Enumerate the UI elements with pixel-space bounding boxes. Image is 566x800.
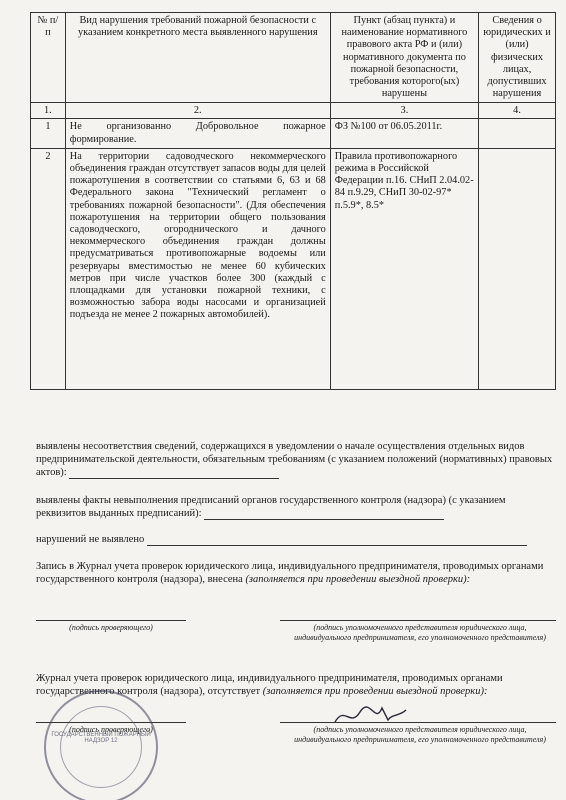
violations-table: № п/п Вид нарушения требований пожарной … xyxy=(30,12,556,390)
row-violation: Не организованно Добровольное пожарное ф… xyxy=(65,119,330,148)
table-row: 2 На территории садоводческого некоммерч… xyxy=(31,148,556,389)
inspector-signature-line xyxy=(36,620,186,621)
inspector-signature-label: (подпись проверяющего) xyxy=(36,623,186,633)
document-page: № п/п Вид нарушения требований пожарной … xyxy=(0,0,566,800)
table-header-row: № п/п Вид нарушения требований пожарной … xyxy=(31,13,556,103)
row-norm: ФЗ №100 от 06.05.2011г. xyxy=(330,119,478,148)
row-persons xyxy=(479,119,556,148)
column-number: 4. xyxy=(479,103,556,119)
no-violations-text: нарушений не выявлено xyxy=(36,534,144,545)
representative-signature-line xyxy=(280,620,556,621)
header-norm: Пункт (абзац пункта) и наименование норм… xyxy=(330,13,478,103)
row-num: 2 xyxy=(31,148,66,389)
official-stamp: ГОСУДАРСТВЕННЫЙ ПОЖАРНЫЙ НАДЗОР 12 xyxy=(44,690,158,800)
notification-mismatch-section: выявлены несоответствия сведений, содерж… xyxy=(36,440,556,479)
journal-entry-section: Запись в Журнал учета проверок юридическ… xyxy=(36,560,556,586)
orders-unfulfilled-line xyxy=(204,519,444,520)
row-norm: Правила противопожарного режима в Россий… xyxy=(330,148,478,389)
orders-unfulfilled-section: выявлены факты невыполнения предписаний … xyxy=(36,494,556,520)
no-violations-line xyxy=(147,545,527,546)
row-violation: На территории садоводческого некоммерчес… xyxy=(65,148,330,389)
column-number: 1. xyxy=(31,103,66,119)
stamp-text: ГОСУДАРСТВЕННЫЙ ПОЖАРНЫЙ НАДЗОР 12 xyxy=(46,732,156,744)
header-persons: Сведения о юридических и (или) физически… xyxy=(479,13,556,103)
notification-mismatch-line xyxy=(69,478,279,479)
header-num: № п/п xyxy=(31,13,66,103)
row-persons xyxy=(479,148,556,389)
representative-signature-line-2 xyxy=(280,722,556,723)
column-number-row: 1. 2. 3. 4. xyxy=(31,103,556,119)
representative-signature-label-2: (подпись уполномоченного представителя ю… xyxy=(290,725,550,745)
journal-absent-note: (заполняется при проведении выездной про… xyxy=(263,686,488,697)
header-violation: Вид нарушения требований пожарной безопа… xyxy=(65,13,330,103)
notification-mismatch-text: выявлены несоответствия сведений, содерж… xyxy=(36,441,552,478)
row-num: 1 xyxy=(31,119,66,148)
handwritten-signature-icon xyxy=(330,700,410,730)
orders-unfulfilled-text: выявлены факты невыполнения предписаний … xyxy=(36,495,506,519)
table-row: 1 Не организованно Добровольное пожарное… xyxy=(31,119,556,148)
column-number: 3. xyxy=(330,103,478,119)
journal-entry-note: (заполняется при проведении выездной про… xyxy=(245,574,470,585)
no-violations-section: нарушений не выявлено xyxy=(36,533,556,546)
representative-signature-label: (подпись уполномоченного представителя ю… xyxy=(290,623,550,643)
column-number: 2. xyxy=(65,103,330,119)
